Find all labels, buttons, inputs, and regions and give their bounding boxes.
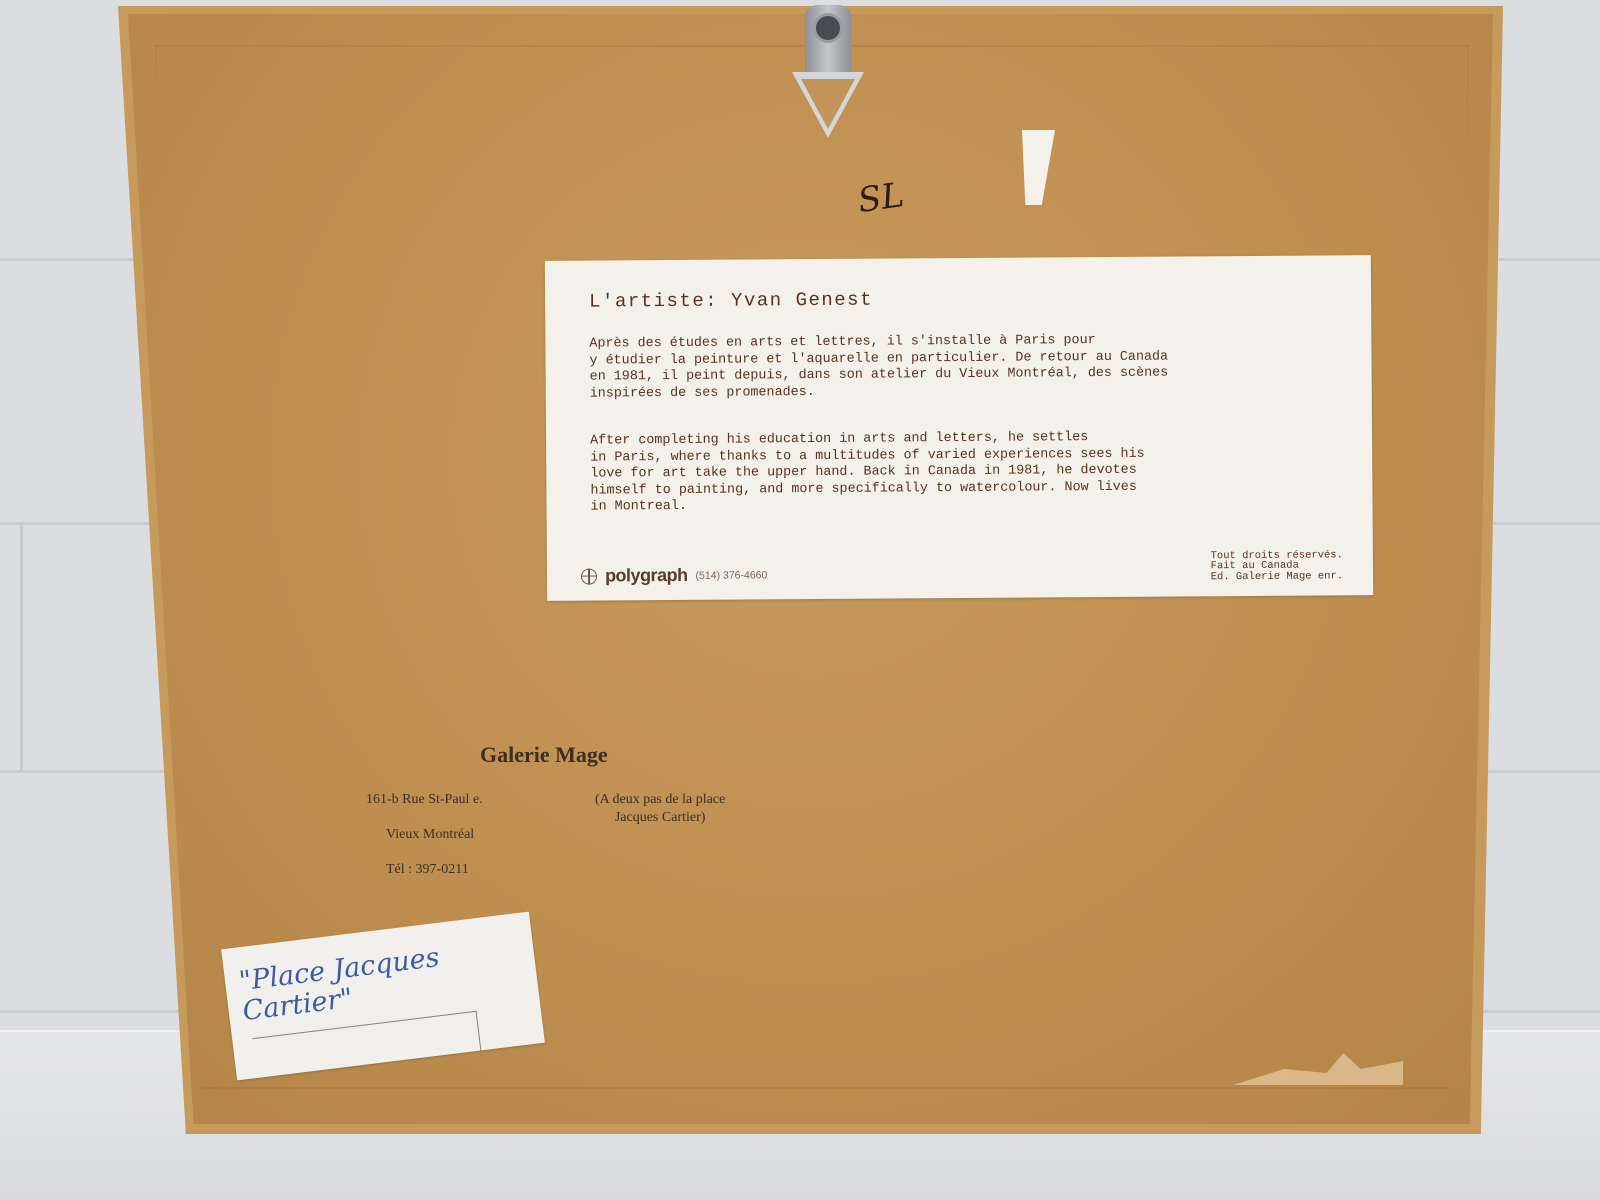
printer-credit: polygraph (514) 376-4660 [581,564,767,586]
gallery-street: 161-b Rue St-Paul e. [366,791,483,809]
d-ring-hole [801,79,855,129]
gallery-district: Vieux Montréal [366,826,483,844]
pencil-mark: SL [855,175,906,221]
printer-name: polygraph [605,565,688,587]
artist-bio-french: Après des études en arts et lettres, il … [589,332,1289,403]
crosshair-globe-icon [581,568,597,584]
printer-phone: (514) 376-4660 [695,569,767,582]
artist-card-title: L'artiste: Yvan Genest [589,289,873,313]
gallery-address: 161-b Rue St-Paul e. Vieux Montréal Tél … [366,773,483,896]
rights-notice: Tout droits réservés. Fait au Canada Ed.… [1211,550,1344,582]
artist-card: L'artiste: Yvan Genest Après des études … [545,255,1373,601]
artist-bio-english: After completing his education in arts a… [590,429,1291,516]
artwork-title: "Place Jacques Cartier" [237,933,522,1027]
tile-grout [20,522,23,770]
gallery-location-note: (A deux pas de la place Jacques Cartier) [595,791,725,826]
gallery-phone: Tél : 397-0211 [366,861,483,879]
gallery-name: Galerie Mage [480,742,608,768]
screw-icon [813,13,843,43]
